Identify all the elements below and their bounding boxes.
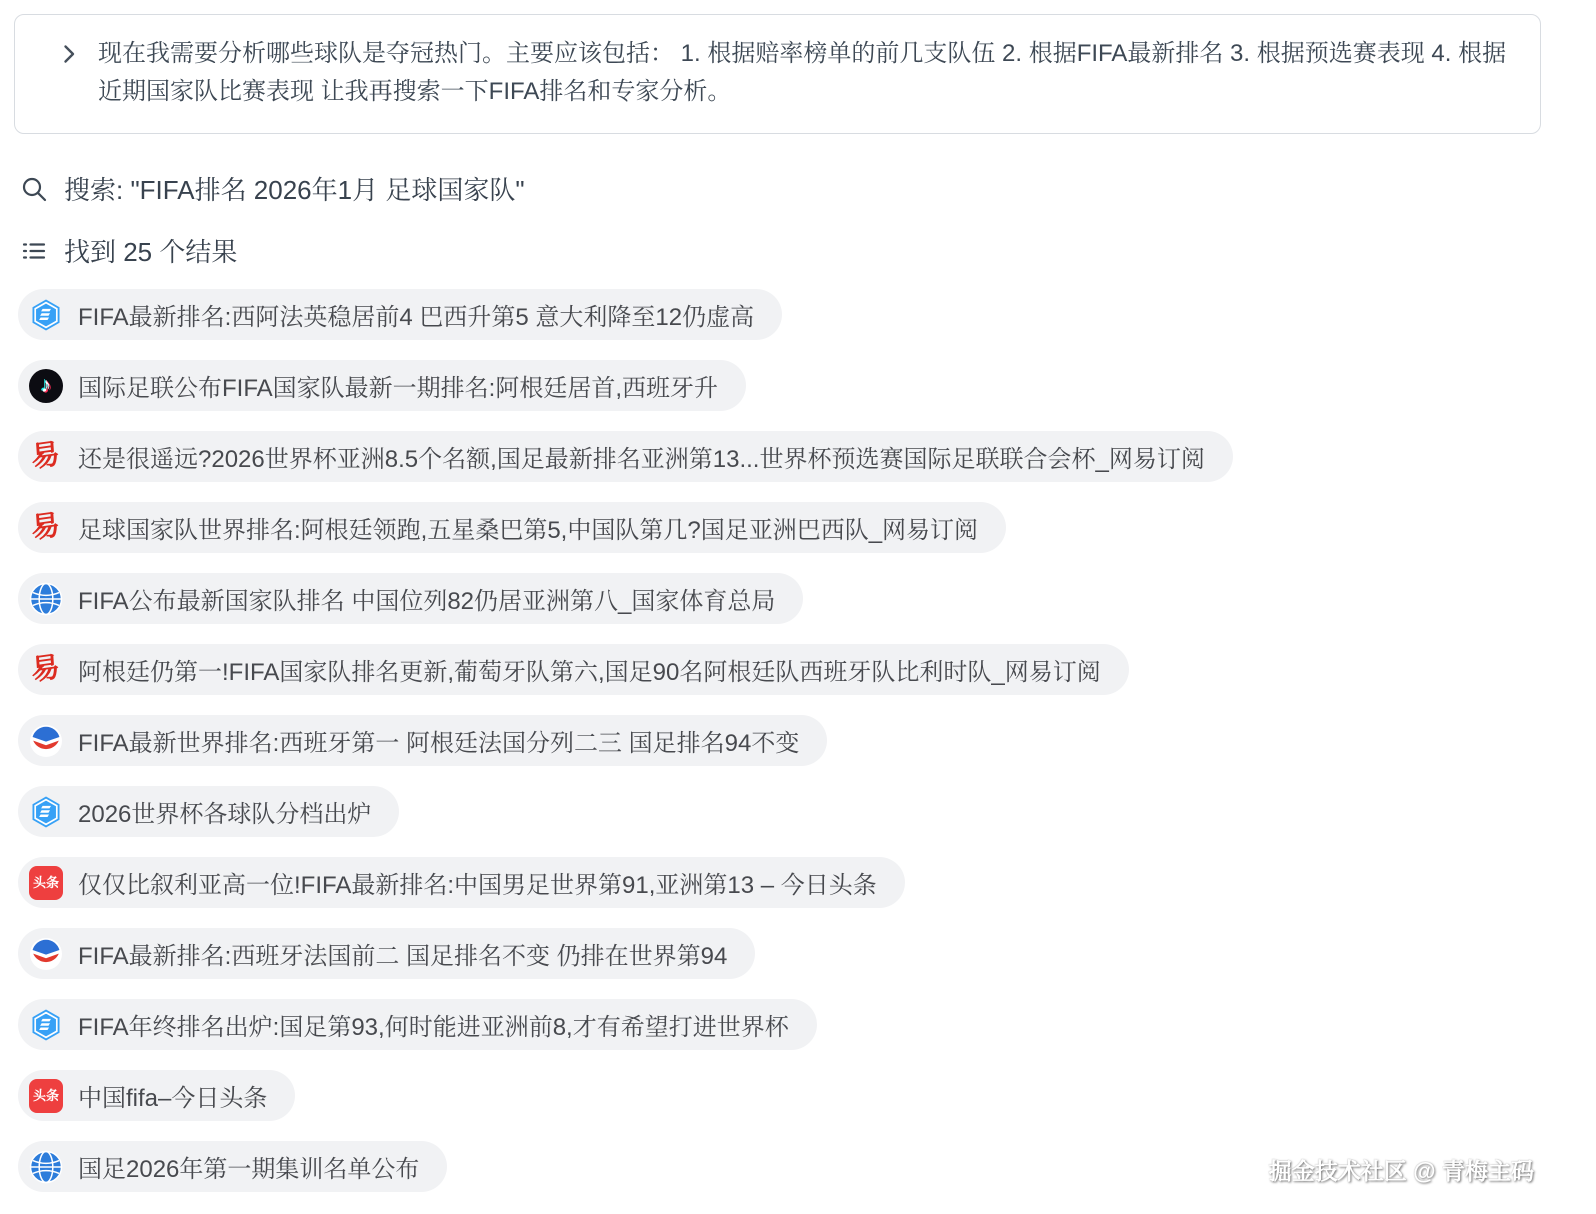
dongqiudi-hexagon-icon (29, 298, 63, 332)
netease-icon: 易 (29, 440, 63, 474)
agent-thought-box[interactable]: 现在我需要分析哪些球队是夺冠热门。主要应该包括： 1. 根据赔率榜单的前几支队伍… (14, 14, 1541, 134)
result-title: FIFA最新排名:西班牙法国前二 国足排名不变 仍排在世界第94 (78, 936, 727, 971)
search-result-pill[interactable]: FIFA最新排名:西班牙法国前二 国足排名不变 仍排在世界第94 (18, 928, 755, 979)
search-result-pill[interactable]: FIFA最新排名:西阿法英稳居前4 巴西升第5 意大利降至12仍虚高 (18, 289, 782, 340)
thought-text: 现在我需要分析哪些球队是夺冠热门。主要应该包括： 1. 根据赔率榜单的前几支队伍… (98, 35, 1510, 111)
search-result-pill[interactable]: FIFA最新世界排名:西班牙第一 阿根廷法国分列二三 国足排名94不变 (18, 715, 827, 766)
globe-icon (29, 1150, 63, 1184)
football-icon (29, 937, 63, 971)
result-title: 阿根廷仍第一!FIFA国家队排名更新,葡萄牙队第六,国足90名阿根廷队西班牙队比… (78, 652, 1101, 687)
results-list: FIFA最新排名:西阿法英稳居前4 巴西升第5 意大利降至12仍虚高 ♪ 国际足… (18, 289, 1233, 1192)
list-icon (20, 237, 48, 265)
search-result-pill[interactable]: FIFA年终排名出炉:国足第93,何时能进亚洲前8,才有希望打进世界杯 (18, 999, 817, 1050)
search-result-pill[interactable]: 2026世界杯各球队分档出炉 (18, 786, 399, 837)
search-icon (20, 175, 48, 203)
search-result-pill[interactable]: 易 足球国家队世界排名:阿根廷领跑,五星桑巴第5,中国队第几?国足亚洲巴西队_网… (18, 502, 1006, 553)
dongqiudi-hexagon-icon (29, 1008, 63, 1042)
netease-icon: 易 (29, 511, 63, 545)
search-query-text: 搜索: "FIFA排名 2026年1月 足球国家队" (64, 170, 525, 207)
dongqiudi-hexagon-icon (29, 795, 63, 829)
netease-icon: 易 (29, 653, 63, 687)
search-result-pill[interactable]: FIFA公布最新国家队排名 中国位列82仍居亚洲第八_国家体育总局 (18, 573, 803, 624)
result-title: 还是很遥远?2026世界杯亚洲8.5个名额,国足最新排名亚洲第13...世界杯预… (78, 439, 1205, 474)
search-result-pill[interactable]: 头条 中国fifa–今日头条 (18, 1070, 295, 1121)
toutiao-icon: 头条 (29, 866, 63, 900)
douyin-icon: ♪ (29, 369, 63, 403)
football-icon (29, 724, 63, 758)
search-result-pill[interactable]: 易 阿根廷仍第一!FIFA国家队排名更新,葡萄牙队第六,国足90名阿根廷队西班牙… (18, 644, 1129, 695)
search-result-pill[interactable]: 头条 仅仅比叙利亚高一位!FIFA最新排名:中国男足世界第91,亚洲第13 – … (18, 857, 905, 908)
toutiao-icon: 头条 (29, 1079, 63, 1113)
search-result-pill[interactable]: ♪ 国际足联公布FIFA国家队最新一期排名:阿根廷居首,西班牙升 (18, 360, 746, 411)
watermark: 掘金技术社区 @ 青梅主码 (1269, 1153, 1534, 1186)
result-title: FIFA最新排名:西阿法英稳居前4 巴西升第5 意大利降至12仍虚高 (78, 297, 754, 332)
search-status-row: 搜索: "FIFA排名 2026年1月 足球国家队" (20, 170, 525, 207)
result-title: FIFA公布最新国家队排名 中国位列82仍居亚洲第八_国家体育总局 (78, 581, 775, 616)
globe-icon (29, 582, 63, 616)
result-title: FIFA最新世界排名:西班牙第一 阿根廷法国分列二三 国足排名94不变 (78, 723, 799, 758)
results-count-row: 找到 25 个结果 (20, 232, 237, 269)
result-title: 2026世界杯各球队分档出炉 (78, 794, 371, 829)
result-title: 国足2026年第一期集训名单公布 (78, 1149, 419, 1184)
search-result-pill[interactable]: 国足2026年第一期集训名单公布 (18, 1141, 447, 1192)
result-title: FIFA年终排名出炉:国足第93,何时能进亚洲前8,才有希望打进世界杯 (78, 1007, 789, 1042)
results-count-text: 找到 25 个结果 (64, 232, 237, 269)
result-title: 中国fifa–今日头条 (78, 1078, 267, 1113)
result-title: 国际足联公布FIFA国家队最新一期排名:阿根廷居首,西班牙升 (78, 368, 718, 403)
result-title: 足球国家队世界排名:阿根廷领跑,五星桑巴第5,中国队第几?国足亚洲巴西队_网易订… (78, 510, 978, 545)
chevron-right-icon[interactable] (57, 42, 81, 66)
result-title: 仅仅比叙利亚高一位!FIFA最新排名:中国男足世界第91,亚洲第13 – 今日头… (78, 865, 877, 900)
search-result-pill[interactable]: 易 还是很遥远?2026世界杯亚洲8.5个名额,国足最新排名亚洲第13...世界… (18, 431, 1233, 482)
